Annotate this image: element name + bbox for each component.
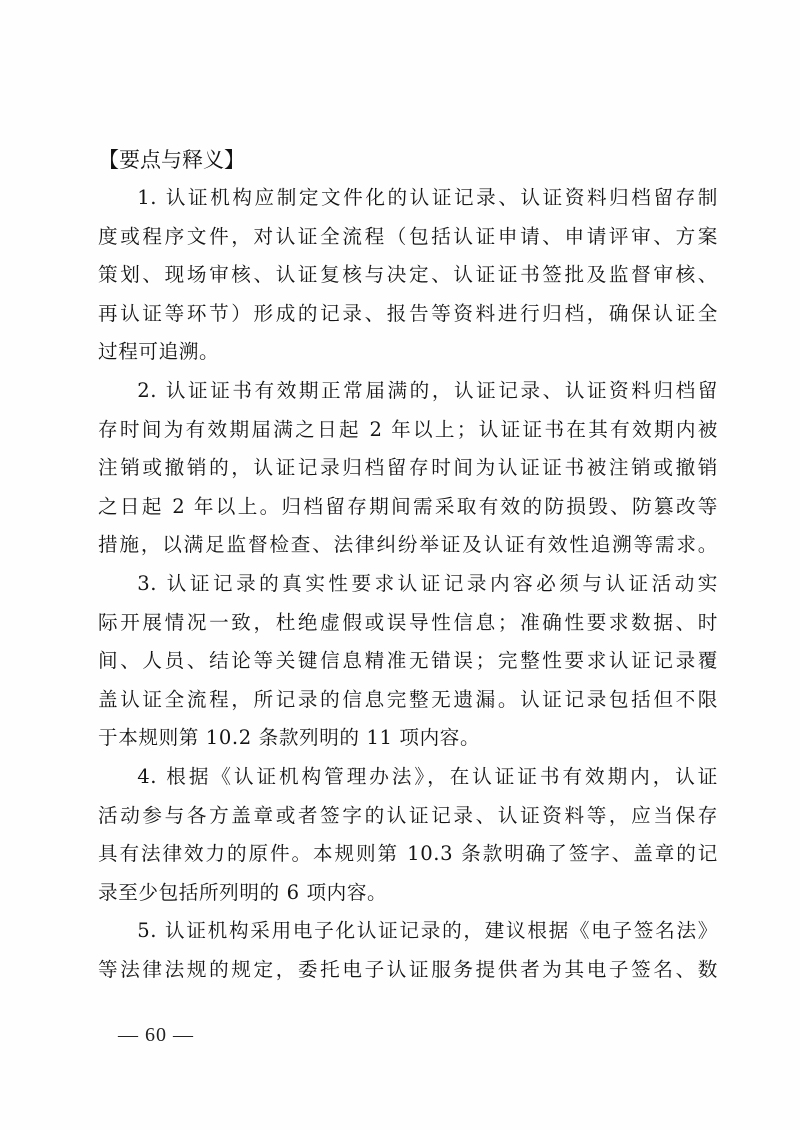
paragraph-line: 等法律法规的规定，委托电子认证服务提供者为其电子签名、数 [98, 951, 718, 990]
paragraph-line: 注销或撤销的，认证记录归档留存时间为认证证书被注销或撤销 [98, 449, 718, 488]
paragraph-line: 3. 认证记录的真实性要求认证记录内容必须与认证活动实 [98, 565, 718, 604]
paragraph-line: 录至少包括所列明的 6 项内容。 [98, 874, 718, 913]
paragraph-line: 于本规则第 10.2 条款列明的 11 项内容。 [98, 719, 718, 758]
paragraph-line: 间、人员、结论等关键信息精准无错误；完整性要求认证记录覆 [98, 642, 718, 681]
body-text: 1. 认证机构应制定文件化的认证记录、认证资料归档留存制 度或程序文件，对认证全… [98, 179, 718, 989]
paragraph-line: 再认证等环节）形成的记录、报告等资料进行归档，确保认证全 [98, 295, 718, 334]
paragraph-line: 具有法律效力的原件。本规则第 10.3 条款明确了签字、盖章的记 [98, 835, 718, 874]
section-heading: 【要点与释义】 [98, 144, 245, 176]
paragraph-line: 策划、现场审核、认证复核与决定、认证证书签批及监督审核、 [98, 256, 718, 295]
paragraph-line: 际开展情况一致，杜绝虚假或误导性信息；准确性要求数据、时 [98, 604, 718, 643]
paragraph-line: 之日起 2 年以上。归档留存期间需采取有效的防损毁、防篡改等 [98, 488, 718, 527]
paragraph-line: 2. 认证证书有效期正常届满的，认证记录、认证资料归档留 [98, 372, 718, 411]
paragraph-3: 3. 认证记录的真实性要求认证记录内容必须与认证活动实 际开展情况一致，杜绝虚假… [98, 565, 718, 758]
paragraph-5: 5. 认证机构采用电子化认证记录的，建议根据《电子签名法》 等法律法规的规定，委… [98, 912, 718, 989]
paragraph-line: 度或程序文件，对认证全流程（包括认证申请、申请评审、方案 [98, 218, 718, 257]
paragraph-line: 过程可追溯。 [98, 333, 718, 372]
paragraph-line: 4. 根据《认证机构管理办法》，在认证证书有效期内，认证 [98, 758, 718, 797]
paragraph-1: 1. 认证机构应制定文件化的认证记录、认证资料归档留存制 度或程序文件，对认证全… [98, 179, 718, 372]
paragraph-2: 2. 认证证书有效期正常届满的，认证记录、认证资料归档留 存时间为有效期届满之日… [98, 372, 718, 565]
page-number: — 60 — [118, 1021, 194, 1049]
paragraph-line: 1. 认证机构应制定文件化的认证记录、认证资料归档留存制 [98, 179, 718, 218]
paragraph-line: 措施，以满足监督检查、法律纠纷举证及认证有效性追溯等需求。 [98, 526, 718, 565]
paragraph-line: 盖认证全流程，所记录的信息完整无遗漏。认证记录包括但不限 [98, 681, 718, 720]
paragraph-line: 存时间为有效期届满之日起 2 年以上；认证证书在其有效期内被 [98, 411, 718, 450]
paragraph-line: 活动参与各方盖章或者签字的认证记录、认证资料等，应当保存 [98, 797, 718, 836]
paragraph-4: 4. 根据《认证机构管理办法》，在认证证书有效期内，认证 活动参与各方盖章或者签… [98, 758, 718, 912]
paragraph-line: 5. 认证机构采用电子化认证记录的，建议根据《电子签名法》 [98, 912, 718, 951]
document-page: 【要点与释义】 1. 认证机构应制定文件化的认证记录、认证资料归档留存制 度或程… [0, 0, 800, 1130]
